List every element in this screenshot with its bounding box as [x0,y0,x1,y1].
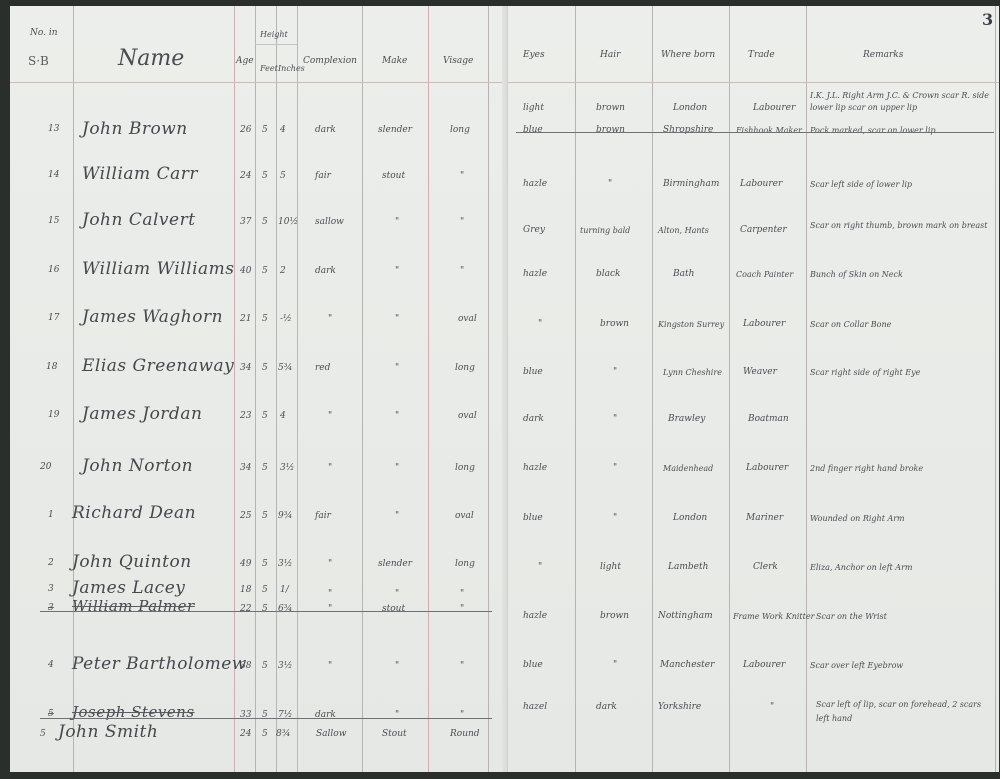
header-sb: S·B [28,54,49,68]
header-eyes: Eyes [523,50,545,60]
entry-name: James Waghorn [82,307,223,327]
entry-name: William Carr [82,164,198,184]
rule [297,6,298,772]
rule [575,6,576,772]
entry-name: Richard Dean [72,503,196,523]
header-remarks: Remarks [863,50,903,60]
height-subrule [255,44,297,45]
left-page: No. in S·B Name Age Height Feet Inches C… [10,6,507,772]
entry-name: John Norton [82,456,193,476]
rule [428,6,429,772]
strikethrough [40,611,492,612]
entry-name: James Lacey [72,578,185,598]
entry-name: William Palmer [72,597,195,615]
header-where-born: Where born [661,50,715,60]
header-rule [508,82,999,83]
header-name: Name [118,46,184,71]
rule [362,6,363,772]
rule [488,6,489,772]
entry-name: William Williams [82,259,234,279]
entry-name: Peter Bartholomew [72,654,247,674]
entry-name: John Quinton [72,552,192,572]
header-rule [10,82,507,83]
header-age: Age [236,56,254,66]
strikethrough [516,132,994,133]
rule [729,6,730,772]
entry-name: Elias Greenaway [82,356,234,376]
entry-name: James Jordan [82,404,202,424]
header-hair: Hair [600,50,620,60]
rule [255,6,256,772]
strikethrough [40,718,492,719]
right-page: 3 Eyes Hair Where born Trade Remarks lig… [507,6,999,772]
rule [995,6,996,772]
entry-name: John Calvert [82,210,196,230]
header-number: No. in [30,28,58,38]
rule [806,6,807,772]
header-height: Height [260,30,288,39]
header-complexion: Complexion [303,56,357,66]
page-number: 3 [982,10,993,29]
header-visage: Visage [443,56,473,66]
rule [652,6,653,772]
header-feet: Feet [260,64,278,73]
header-inches: Inches [278,64,305,73]
entry-name: John Brown [82,119,188,139]
rule [276,6,277,772]
header-make: Make [382,56,407,66]
header-trade: Trade [748,50,775,60]
entry-name: John Smith [58,722,158,742]
ledger-book: No. in S·B Name Age Height Feet Inches C… [10,6,998,772]
